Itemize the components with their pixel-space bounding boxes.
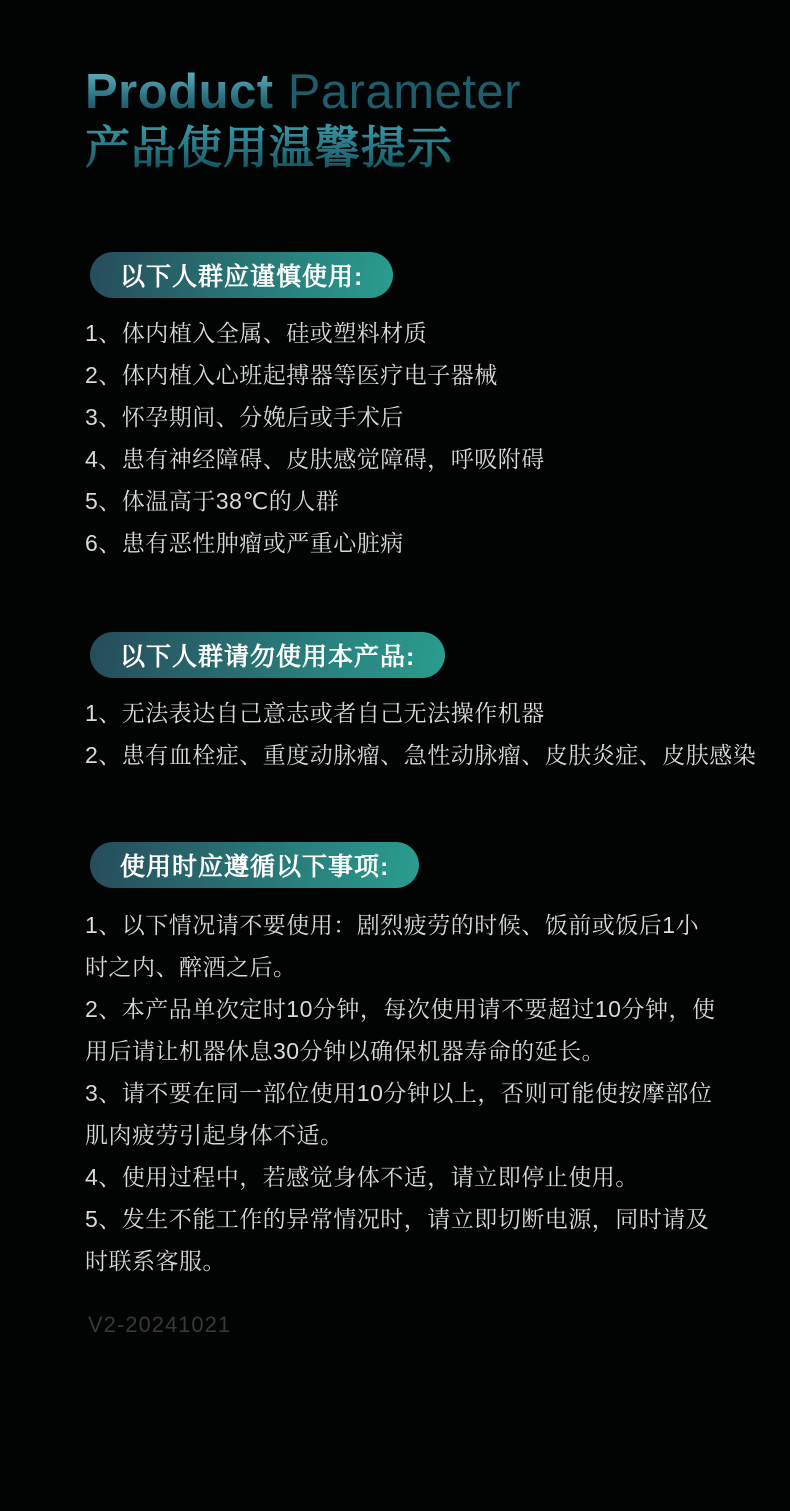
section-usage-rules: 使用时应遵循以下事项: 1、以下情况请不要使用：剧烈疲劳的时候、饭前或饭后1小时… xyxy=(85,842,715,1282)
page-title-en-bold: Product xyxy=(85,65,274,119)
list-item: 2、体内植入心班起搏器等医疗电子器械 xyxy=(85,354,715,396)
list-item: 2、患有血栓症、重度动脉瘤、急性动脉瘤、皮肤炎症、皮肤感染 xyxy=(85,734,715,776)
page-content: Product Parameter 产品使用温馨提示 以下人群应谨慎使用: 1、… xyxy=(85,0,715,1282)
section-item-list: 1、体内植入全属、硅或塑料材质 2、体内植入心班起搏器等医疗电子器械 3、怀孕期… xyxy=(85,312,715,564)
page-title-en-light: Parameter xyxy=(274,65,521,119)
list-item: 5、体温高于38℃的人群 xyxy=(85,480,715,522)
list-item: 2、本产品单次定时10分钟，每次使用请不要超过10分钟，使用后请让机器休息30分… xyxy=(85,988,717,1072)
section-header-wrap: 以下人群请勿使用本产品: xyxy=(90,632,715,678)
version-label: V2-20241021 xyxy=(88,1312,231,1338)
section-item-list: 1、无法表达自己意志或者自己无法操作机器 2、患有血栓症、重度动脉瘤、急性动脉瘤… xyxy=(85,692,715,776)
page-title-en: Product Parameter xyxy=(85,66,715,120)
list-item: 4、使用过程中，若感觉身体不适，请立即停止使用。 xyxy=(85,1156,717,1198)
section-prohibited-groups: 以下人群请勿使用本产品: 1、无法表达自己意志或者自己无法操作机器 2、患有血栓… xyxy=(85,632,715,776)
product-notice-page: Product Parameter 产品使用温馨提示 以下人群应谨慎使用: 1、… xyxy=(0,0,790,1511)
list-item: 6、患有恶性肿瘤或严重心脏病 xyxy=(85,522,715,564)
section-header-pill: 使用时应遵循以下事项: xyxy=(90,842,419,888)
section-header-wrap: 以下人群应谨慎使用: xyxy=(90,252,715,298)
section-header-pill: 以下人群请勿使用本产品: xyxy=(90,632,445,678)
section-caution-groups: 以下人群应谨慎使用: 1、体内植入全属、硅或塑料材质 2、体内植入心班起搏器等医… xyxy=(85,252,715,564)
list-item: 1、体内植入全属、硅或塑料材质 xyxy=(85,312,715,354)
list-item: 1、以下情况请不要使用：剧烈疲劳的时候、饭前或饭后1小时之内、醉酒之后。 xyxy=(85,904,717,988)
list-item: 5、发生不能工作的异常情况时，请立即切断电源，同时请及时联系客服。 xyxy=(85,1198,717,1282)
section-header-wrap: 使用时应遵循以下事项: xyxy=(90,842,715,888)
list-item: 3、请不要在同一部位使用10分钟以上，否则可能使按摩部位肌肉疲劳引起身体不适。 xyxy=(85,1072,717,1156)
list-item: 4、患有神经障碍、皮肤感觉障碍，呼吸附碍 xyxy=(85,438,715,480)
list-item: 3、怀孕期间、分娩后或手术后 xyxy=(85,396,715,438)
section-item-list: 1、以下情况请不要使用：剧烈疲劳的时候、饭前或饭后1小时之内、醉酒之后。 2、本… xyxy=(85,904,717,1282)
page-title-cn: 产品使用温馨提示 xyxy=(85,122,715,174)
section-header-pill: 以下人群应谨慎使用: xyxy=(90,252,393,298)
list-item: 1、无法表达自己意志或者自己无法操作机器 xyxy=(85,692,715,734)
